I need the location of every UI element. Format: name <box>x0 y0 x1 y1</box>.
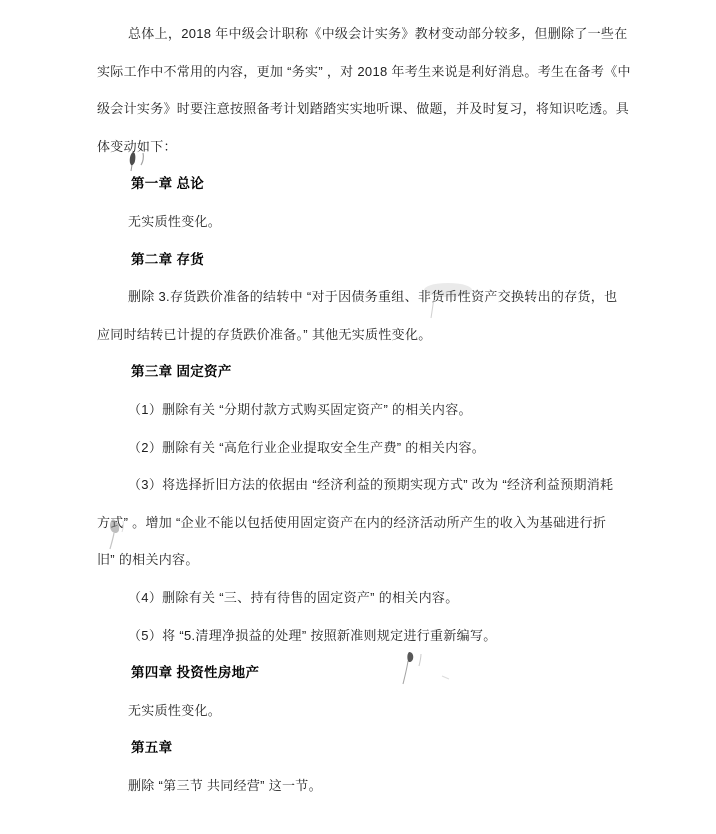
chapter-3-item-1: （1）删除有关 “分期付款方式购买固定资产” 的相关内容。 <box>97 391 642 429</box>
chapter-5-note: 删除 “第三节 共同经营” 这一节。 <box>97 767 642 805</box>
document-body: 总体上，2018 年中级会计职称《中级会计实务》教材变动部分较多，但删除了一些在… <box>97 15 642 804</box>
paragraph-intro-line-4: 体变动如下： <box>97 128 642 166</box>
chapter-4-note: 无实质性变化。 <box>97 692 642 730</box>
chapter-3-item-3-line-3: 旧” 的相关内容。 <box>97 541 642 579</box>
chapter-3-item-2: （2）删除有关 “高危行业企业提取安全生产费” 的相关内容。 <box>97 429 642 467</box>
chapter-2-note-line-2: 应同时结转已计提的存货跌价准备。” 其他无实质性变化。 <box>97 316 642 354</box>
chapter-3-item-3-line-1: （3）将选择折旧方法的依据由 “经济利益的预期实现方式” 改为 “经济利益预期消… <box>97 466 642 504</box>
paragraph-intro-line-2: 实际工作中不常用的内容，更加 “务实” ，对 2018 年考生来说是利好消息。考… <box>97 53 642 91</box>
chapter-3-item-3-line-2: 方式” 。增加 “企业不能以包括使用固定资产在内的经济活动所产生的收入为基础进行… <box>97 504 642 542</box>
paragraph-intro-line-3: 级会计实务》时要注意按照备考计划踏踏实实地听课、做题，并及时复习，将知识吃透。具 <box>97 90 642 128</box>
document-page: 总体上，2018 年中级会计职称《中级会计实务》教材变动部分较多，但删除了一些在… <box>0 0 716 834</box>
heading-chapter-1: 第一章 总论 <box>97 165 642 203</box>
chapter-2-note-line-1: 删除 3.存货跌价准备的结转中 “对于因债务重组、非货币性资产交换转出的存货，也 <box>97 278 642 316</box>
heading-chapter-2: 第二章 存货 <box>97 241 642 279</box>
paragraph-intro-line-1: 总体上，2018 年中级会计职称《中级会计实务》教材变动部分较多，但删除了一些在 <box>97 15 642 53</box>
chapter-3-item-5: （5）将 “5.清理净损益的处理” 按照新准则规定进行重新编写。 <box>97 617 642 655</box>
chapter-3-item-4: （4）删除有关 “三、持有待售的固定资产” 的相关内容。 <box>97 579 642 617</box>
heading-chapter-4: 第四章 投资性房地产 <box>97 654 642 692</box>
chapter-1-note: 无实质性变化。 <box>97 203 642 241</box>
heading-chapter-3: 第三章 固定资产 <box>97 353 642 391</box>
heading-chapter-5: 第五章 <box>97 729 642 767</box>
